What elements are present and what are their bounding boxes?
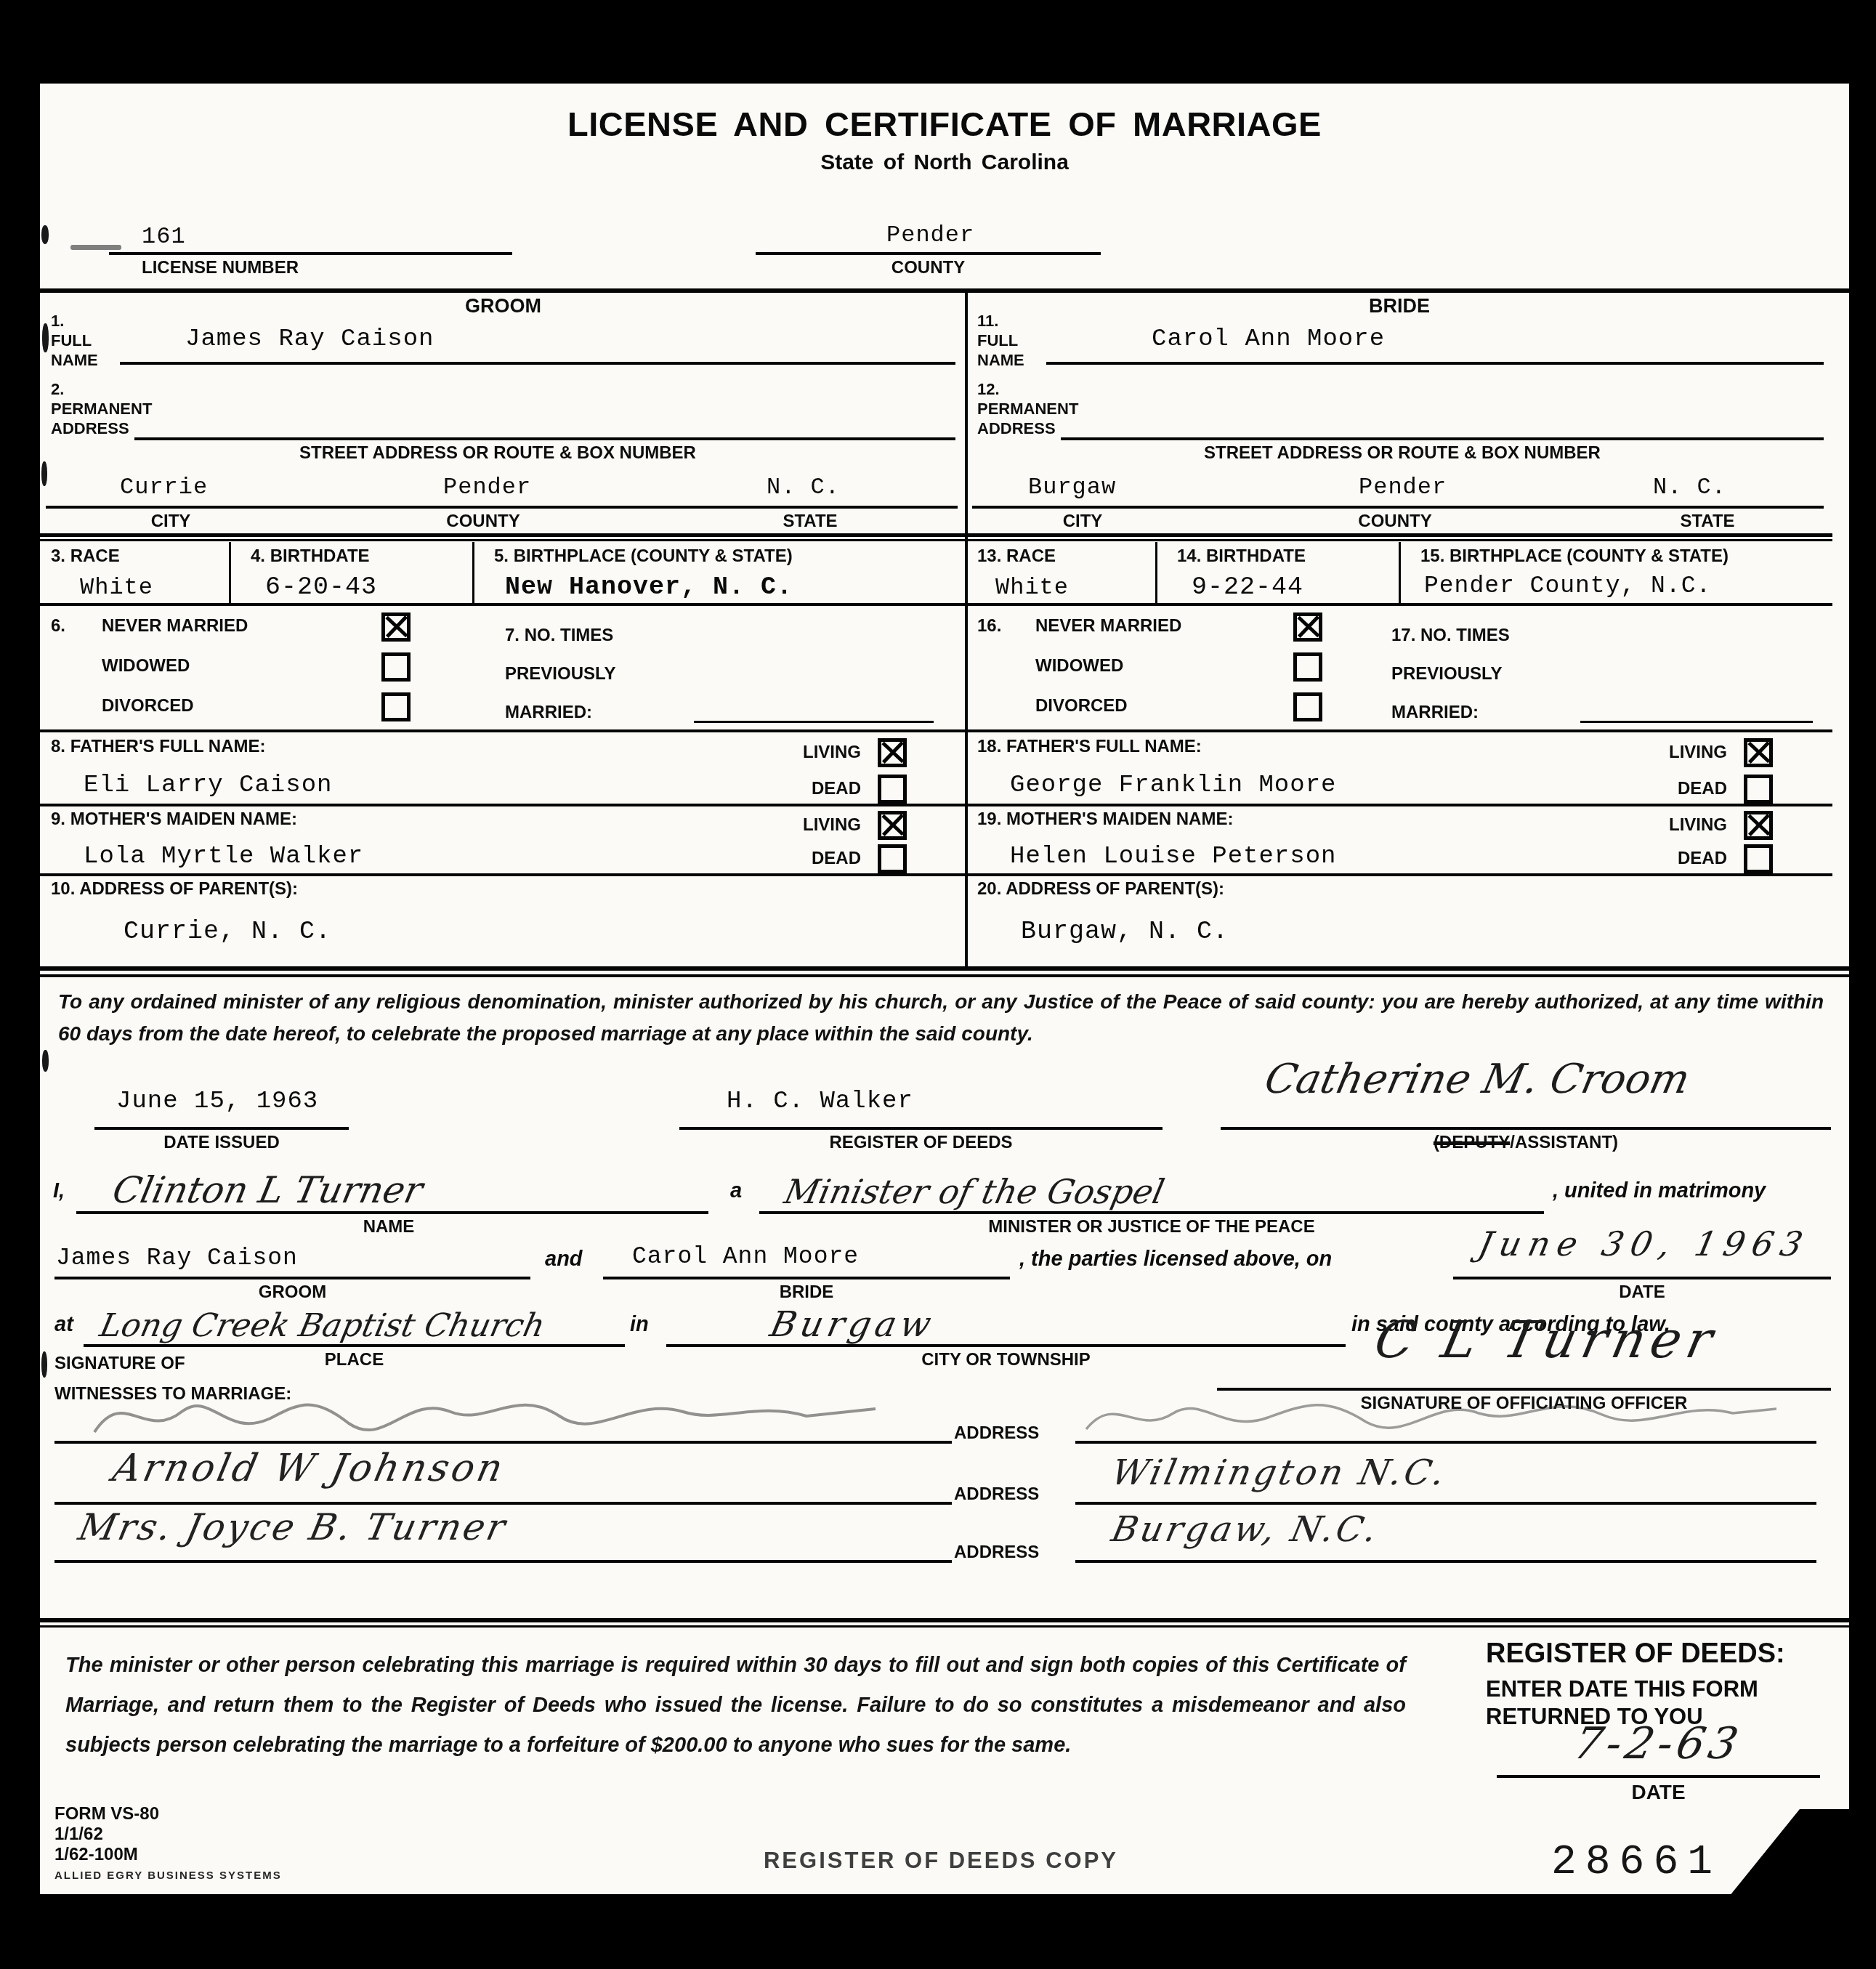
groom-mother-rule <box>40 873 966 876</box>
deputy-assistant-signature: Catherine M. Croom <box>1261 1056 1694 1103</box>
form-run: 1/62-100M <box>54 1845 138 1865</box>
groom-divorced-label: DIVORCED <box>102 696 194 716</box>
scan-artifact <box>41 225 49 244</box>
groom-parents-label: 10. ADDRESS OF PARENT(S): <box>51 879 298 899</box>
groom-race-sep2 <box>472 542 474 603</box>
cert-at-word: at <box>54 1313 73 1337</box>
license-county-value: Pender <box>886 222 974 248</box>
groom-father-rule <box>40 804 966 806</box>
cert-city-line <box>666 1344 1346 1347</box>
witness-3-signature: Mrs. Joyce B. Turner <box>75 1506 511 1548</box>
bride-parents-address: Burgaw, N. C. <box>1021 917 1229 946</box>
cert-bride-line <box>603 1277 1010 1279</box>
license-number-line <box>109 252 512 255</box>
bride-race-bottom-rule <box>966 603 1832 606</box>
officiant-name-line <box>76 1211 708 1214</box>
groom-full-name-label: 1. FULL NAME <box>51 311 98 370</box>
date-issued-label: DATE ISSUED <box>94 1133 349 1153</box>
groom-city-label: CITY <box>69 512 272 532</box>
bride-birthplace-label: 15. BIRTHPLACE (COUNTY & STATE) <box>1420 546 1729 567</box>
groom-birthdate-value: 6-20-43 <box>265 573 377 602</box>
officiant-name-script: Clinton L Turner <box>109 1169 426 1211</box>
bride-father-dead-checkbox <box>1744 775 1773 804</box>
witness-3-line-left <box>54 1560 952 1563</box>
witness-1-address-illegible <box>1079 1386 1791 1440</box>
groom-mother-dead-checkbox <box>878 844 907 873</box>
rod-return-date-script: 7-2-63 <box>1569 1718 1747 1769</box>
witness-3-line-right <box>1075 1560 1816 1563</box>
scan-artifact <box>41 1351 47 1378</box>
witness-2-line-right <box>1075 1502 1816 1505</box>
bride-never-married-label: NEVER MARRIED <box>1035 616 1181 636</box>
groom-father-living-label: LIVING <box>803 743 861 763</box>
page-subtitle: State of North Carolina <box>40 150 1849 175</box>
bride-section-header: BRIDE <box>966 295 1832 318</box>
groom-perm-address-label: 2. PERMANENT ADDRESS <box>51 379 152 438</box>
groom-father-dead-checkbox <box>878 775 907 804</box>
bride-never-married-checkbox <box>1293 612 1322 642</box>
scan-border-top <box>0 0 1876 84</box>
witness-heading-line1: SIGNATURE OF <box>54 1354 185 1374</box>
groom-rule-a <box>40 533 966 537</box>
groom-mother-dead-label: DEAD <box>812 849 861 869</box>
groom-street-sublabel: STREET ADDRESS OR ROUTE & BOX NUMBER <box>171 443 825 464</box>
groom-father-label: 8. FATHER'S FULL NAME: <box>51 737 266 757</box>
groom-county-label: COUNTY <box>381 512 585 532</box>
bride-full-name-line <box>1046 362 1824 365</box>
groom-widowed-label: WIDOWED <box>102 656 190 676</box>
groom-father-name: Eli Larry Caison <box>84 772 332 799</box>
groom-divorced-checkbox <box>381 692 411 721</box>
scan-border-right <box>1849 0 1876 1969</box>
footer-notice: The minister or other person celebrating… <box>65 1646 1406 1766</box>
groom-birthplace-value: New Hanover, N. C. <box>505 573 793 602</box>
license-county-line <box>756 252 1101 255</box>
bride-widowed-checkbox <box>1293 652 1322 682</box>
register-of-deeds-line <box>679 1127 1163 1130</box>
bride-perm-address-line <box>1061 437 1824 440</box>
assistant-label: /ASSISTANT) <box>1510 1133 1618 1152</box>
groom-city-line <box>46 506 958 509</box>
bride-full-name-label: 11. FULL NAME <box>977 311 1024 370</box>
bottom-rule-a <box>40 1618 1849 1622</box>
groom-race-label: 3. RACE <box>51 546 120 567</box>
scan-border-left <box>0 0 40 1969</box>
groom-parents-address: Currie, N. C. <box>124 917 331 946</box>
bride-rule-b <box>966 539 1832 541</box>
groom-state-label: STATE <box>708 512 912 532</box>
cert-groom-label: GROOM <box>54 1282 530 1303</box>
cert-city-label: CITY OR TOWNSHIP <box>666 1350 1346 1370</box>
bottom-rule-b <box>40 1625 1849 1628</box>
bride-state-value: N. C. <box>1653 474 1726 501</box>
bride-rule-a <box>966 533 1832 537</box>
groom-rule-b <box>40 539 966 541</box>
groom-birthplace-label: 5. BIRTHPLACE (COUNTY & STATE) <box>494 546 793 567</box>
bride-times-label: 17. NO. TIMES PREVIOUSLY MARRIED: <box>1391 616 1510 732</box>
mid-rule-a <box>40 966 1849 971</box>
bride-full-name-value: Carol Ann Moore <box>1152 326 1385 353</box>
bride-race-label: 13. RACE <box>977 546 1056 567</box>
register-of-deeds-value: H. C. Walker <box>727 1088 913 1115</box>
bride-county-label: COUNTY <box>1293 512 1497 532</box>
bride-birthplace-value: Pender County, N.C. <box>1424 573 1711 599</box>
bride-mother-dead-label: DEAD <box>1678 849 1727 869</box>
bride-city-label: CITY <box>981 512 1184 532</box>
bride-mother-label: 19. MOTHER'S MAIDEN NAME: <box>977 809 1233 830</box>
bride-race-value: White <box>995 574 1069 601</box>
groom-race-value: White <box>80 574 153 601</box>
certificate-paper: LICENSE AND CERTIFICATE OF MARRIAGE Stat… <box>40 84 1849 1894</box>
bride-section: BRIDE 11. FULL NAME Carol Ann Moore 12. … <box>966 291 1832 966</box>
bride-mother-rule <box>966 873 1832 876</box>
bride-birthdate-value: 9-22-44 <box>1192 573 1303 602</box>
cert-i-prefix: I, <box>53 1179 65 1203</box>
cert-place-script: Long Creek Baptist Church <box>97 1307 549 1344</box>
bride-marital-num: 16. <box>977 616 1001 636</box>
deputy-label-struck: (DEPUTY <box>1434 1133 1510 1152</box>
bride-city-value: Burgaw <box>1028 474 1116 501</box>
bride-state-label: STATE <box>1606 512 1809 532</box>
rod-box-line2: ENTER DATE THIS FORM <box>1486 1676 1758 1702</box>
bride-race-sep2 <box>1399 542 1401 603</box>
officiant-title-label: MINISTER OR JUSTICE OF THE PEACE <box>759 1217 1544 1237</box>
bride-widowed-label: WIDOWED <box>1035 656 1123 676</box>
officiant-title-script: Minister of the Gospel <box>781 1172 1168 1211</box>
cert-date-label: DATE <box>1453 1282 1831 1303</box>
bride-parents-label: 20. ADDRESS OF PARENT(S): <box>977 879 1224 899</box>
bride-city-line <box>972 506 1824 509</box>
bride-mother-living-label: LIVING <box>1669 815 1727 836</box>
license-county-label: COUNTY <box>756 258 1101 278</box>
groom-section: GROOM 1. FULL NAME James Ray Caison 2. P… <box>40 291 966 966</box>
cert-date-line <box>1453 1277 1831 1279</box>
bride-father-living-checkbox <box>1744 738 1773 767</box>
groom-never-married-checkbox <box>381 612 411 642</box>
printer-imprint: ALLIED EGRY BUSINESS SYSTEMS <box>54 1869 282 1882</box>
groom-city-value: Currie <box>120 474 208 501</box>
groom-marital-bottom-rule <box>40 729 966 732</box>
license-number-label: LICENSE NUMBER <box>142 258 299 278</box>
bride-race-sep1 <box>1155 542 1157 603</box>
serial-number: 28661 <box>1551 1839 1721 1886</box>
witness-1-line-right <box>1075 1441 1816 1444</box>
groom-mother-living-checkbox <box>878 811 907 840</box>
bride-father-name: George Franklin Moore <box>1010 772 1336 799</box>
register-of-deeds-label: REGISTER OF DEEDS <box>679 1133 1163 1153</box>
rod-date-label: DATE <box>1497 1781 1820 1804</box>
groom-marital-num: 6. <box>51 616 65 636</box>
cert-united-text: , united in matrimony <box>1553 1179 1766 1203</box>
bride-father-dead-label: DEAD <box>1678 779 1727 799</box>
witness-2-address-label: ADDRESS <box>954 1484 1039 1505</box>
bride-mother-dead-checkbox <box>1744 844 1773 873</box>
bride-mother-living-checkbox <box>1744 811 1773 840</box>
cert-date-script: June 30, 1963 <box>1475 1224 1814 1264</box>
scan-artifact <box>42 1050 49 1072</box>
witness-2-signature: Arnold W Johnson <box>109 1447 509 1490</box>
witness-1-address-label: ADDRESS <box>954 1423 1039 1444</box>
officiant-name-label: NAME <box>185 1217 592 1237</box>
bride-divorced-checkbox <box>1293 692 1322 721</box>
witness-2-line-left <box>54 1502 952 1505</box>
bride-birthdate-label: 14. BIRTHDATE <box>1177 546 1306 567</box>
officiant-title-line <box>759 1211 1544 1214</box>
groom-mother-name: Lola Myrtle Walker <box>84 843 363 870</box>
rod-box-title: REGISTER OF DEEDS: <box>1486 1638 1785 1670</box>
groom-birthdate-label: 4. BIRTHDATE <box>251 546 370 567</box>
groom-full-name-value: James Ray Caison <box>185 326 434 353</box>
witness-3-address-script: Burgaw, N.C. <box>1108 1509 1383 1550</box>
cert-a-word: a <box>730 1179 742 1203</box>
deputy-assistant-label: (DEPUTY/ASSISTANT) <box>1221 1133 1831 1153</box>
cert-bride-label: BRIDE <box>603 1282 1010 1303</box>
groom-father-dead-label: DEAD <box>812 779 861 799</box>
groom-perm-address-line <box>134 437 955 440</box>
scanned-marriage-certificate: LICENSE AND CERTIFICATE OF MARRIAGE Stat… <box>0 0 1876 1969</box>
bride-mother-name: Helen Louise Peterson <box>1010 843 1336 870</box>
rod-date-line <box>1497 1775 1820 1778</box>
groom-race-bottom-rule <box>40 603 966 606</box>
groom-never-married-label: NEVER MARRIED <box>102 616 248 636</box>
date-issued-line <box>94 1127 349 1130</box>
copy-label: REGISTER OF DEEDS COPY <box>679 1848 1202 1874</box>
deputy-assistant-line <box>1221 1127 1831 1130</box>
bride-street-sublabel: STREET ADDRESS OR ROUTE & BOX NUMBER <box>1075 443 1729 464</box>
cert-parties-text: , the parties licensed above, on <box>1019 1248 1332 1271</box>
groom-father-living-checkbox <box>878 738 907 767</box>
witness-2-address-script: Wilmington N.C. <box>1108 1452 1451 1493</box>
cert-and-word: and <box>545 1248 583 1271</box>
groom-mother-living-label: LIVING <box>803 815 861 836</box>
groom-county-value: Pender <box>443 474 531 501</box>
cert-groom-name: James Ray Caison <box>56 1245 298 1271</box>
scan-artifact <box>70 245 121 250</box>
bride-county-value: Pender <box>1359 474 1447 501</box>
date-issued-value: June 15, 1963 <box>116 1088 318 1115</box>
form-date: 1/1/62 <box>54 1824 103 1845</box>
bride-father-living-label: LIVING <box>1669 743 1727 763</box>
groom-state-value: N. C. <box>767 474 840 501</box>
groom-mother-label: 9. MOTHER'S MAIDEN NAME: <box>51 809 297 830</box>
bride-perm-address-label: 12. PERMANENT ADDRESS <box>977 379 1078 438</box>
scan-border-bottom <box>0 1894 1876 1969</box>
cert-groom-line <box>54 1277 530 1279</box>
cert-place-line <box>84 1344 625 1347</box>
groom-widowed-checkbox <box>381 652 411 682</box>
witness-1-line-left <box>54 1441 952 1444</box>
cert-city-script: Burgaw <box>767 1304 939 1345</box>
bride-times-line <box>1580 721 1813 723</box>
groom-times-label: 7. NO. TIMES PREVIOUSLY MARRIED: <box>505 616 616 732</box>
bride-father-rule <box>966 804 1832 806</box>
cert-bride-name: Carol Ann Moore <box>632 1243 859 1270</box>
groom-race-sep1 <box>229 542 231 603</box>
bride-marital-bottom-rule <box>966 729 1832 732</box>
mid-rule-b <box>40 974 1849 977</box>
groom-times-line <box>694 721 934 723</box>
scan-artifact <box>42 323 49 352</box>
groom-full-name-line <box>120 362 955 365</box>
witness-3-address-label: ADDRESS <box>954 1543 1039 1563</box>
bride-divorced-label: DIVORCED <box>1035 696 1128 716</box>
bride-father-label: 18. FATHER'S FULL NAME: <box>977 737 1202 757</box>
license-number-value: 161 <box>142 223 186 250</box>
page-title: LICENSE AND CERTIFICATE OF MARRIAGE <box>40 104 1849 144</box>
witness-1-signature-illegible <box>84 1381 897 1443</box>
cert-in-word: in <box>630 1313 649 1337</box>
authorization-text: To any ordained minister of any religiou… <box>58 986 1824 1050</box>
form-number: FORM VS-80 <box>54 1804 159 1824</box>
scan-artifact <box>41 461 47 486</box>
groom-section-header: GROOM <box>40 295 966 318</box>
officer-signature-script: C L Turner <box>1370 1310 1723 1370</box>
